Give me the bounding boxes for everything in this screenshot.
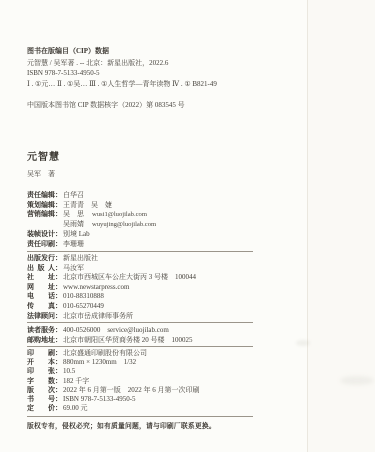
field-label: 邮购地址	[27, 336, 55, 346]
page-edge-line	[307, 0, 308, 452]
colon: ：	[55, 264, 62, 274]
field-label: 定价	[27, 404, 55, 413]
field-label: 传真	[27, 302, 55, 312]
colon: ：	[55, 395, 62, 404]
colon: ：	[55, 349, 62, 358]
divider-line	[27, 346, 253, 347]
table-row: 法律顾问：北京市岳成律师事务所	[27, 312, 267, 322]
field-value: 王青青 吴 婕	[63, 201, 112, 211]
field-label: 版次	[27, 386, 55, 395]
field-value: ISBN 978-7-5133-4950-5	[63, 395, 136, 404]
staff-block: 责任编辑：白华召 策划编辑：王青青 吴 婕 营销编辑：吴 思wusi1@luoj…	[27, 191, 267, 249]
table-row: 传真：010-65270449	[27, 302, 267, 312]
table-row: 社址：北京市西城区车公庄大街丙 3 号楼 100044	[27, 273, 267, 283]
table-row: 读者服务：400-0526000 service@luojilab.com	[27, 326, 267, 336]
colon: ：	[55, 283, 62, 293]
field-label: 策划编辑	[27, 201, 55, 211]
field-label: 字数	[27, 377, 55, 386]
table-row: 书号：ISBN 978-7-5133-4950-5	[27, 395, 267, 404]
field-value: www.newstarpress.com	[63, 283, 129, 293]
field-value: 李珊珊	[63, 240, 84, 250]
field-label: 营销编辑	[27, 210, 55, 220]
field-value: 010-88310888	[63, 292, 104, 302]
divider-line	[27, 322, 253, 323]
cip-registry-number: 中国版本图书馆 CIP 数据核字（2022）第 083545 号	[27, 100, 297, 110]
table-row: 策划编辑：王青青 吴 婕	[27, 201, 267, 211]
table-row: 责任印刷：李珊珊	[27, 240, 267, 250]
colon: ：	[55, 201, 62, 211]
field-value: 北京市西城区车公庄大街丙 3 号楼 100044	[63, 273, 196, 283]
reader-service-block: 读者服务：400-0526000 service@luojilab.com 邮购…	[27, 326, 267, 345]
field-value: 马汝军	[63, 264, 84, 274]
table-row: 版次：2022 年 6 月第一版 2022 年 6 月第一次印刷	[27, 386, 267, 395]
table-row: 电话：010-88310888	[27, 292, 267, 302]
table-row: 装帧设计：别境 Lab	[27, 230, 267, 240]
email-text: wuyujing@luojilab.com	[92, 220, 156, 230]
divider-line	[27, 416, 253, 417]
field-label: 读者服务	[27, 326, 55, 336]
publisher-block: 出版发行：新星出版社 出版人：马汝军 社址：北京市西城区车公庄大街丙 3 号楼 …	[27, 254, 267, 321]
field-label: 印张	[27, 367, 55, 376]
colon: ：	[55, 367, 62, 376]
colon: ：	[55, 336, 62, 346]
table-row: 印张：10.5	[27, 367, 267, 376]
colon: ：	[55, 312, 62, 322]
colon: ：	[55, 358, 62, 367]
field-label: 责任印刷	[27, 240, 55, 250]
table-row: 营销编辑：吴 思wusi1@luojilab.com	[27, 210, 267, 220]
field-value: 010-65270449	[63, 302, 104, 312]
cip-data-block: 图书在版编目（CIP）数据 元智慧 / 吴军著 . -- 北京：新星出版社，20…	[27, 46, 297, 111]
table-row: 出版发行：新星出版社	[27, 254, 267, 264]
printing-block: 印刷：北京盛通印刷股份有限公司 开本：880mm × 1230mm 1/32 印…	[27, 349, 267, 413]
colon: ：	[55, 254, 62, 264]
colon: ：	[55, 292, 62, 302]
cip-classification: Ⅰ . ①元… Ⅱ . ①吴… Ⅲ . ①人生哲学—青年读物 Ⅳ . ① B82…	[27, 79, 297, 89]
colon: ：	[55, 230, 62, 240]
book-header: 元智慧 吴军 著	[27, 152, 227, 179]
field-value: 69.00 元	[63, 404, 88, 413]
field-value: 吴雨婧	[63, 220, 84, 230]
colon: ：	[55, 302, 62, 312]
scan-smudge	[296, 340, 310, 346]
table-row: 网址：www.newstarpress.com	[27, 283, 267, 293]
email-text: wusi1@luojilab.com	[92, 210, 147, 220]
field-value: 880mm × 1230mm 1/32	[63, 358, 136, 367]
colon: ：	[55, 404, 62, 413]
colon: ：	[55, 377, 62, 386]
field-value: 2022 年 6 月第一版 2022 年 6 月第一次印刷	[63, 386, 200, 395]
table-row: ：吴雨婧wuyujing@luojilab.com	[27, 220, 267, 230]
colon: ：	[55, 191, 62, 201]
cip-isbn: ISBN 978-7-5133-4950-5	[27, 68, 297, 78]
table-row: 邮购地址：北京市朝阳区华贸商务楼 20 号楼 100025	[27, 336, 267, 346]
field-label: 出版发行	[27, 254, 55, 264]
colon: ：	[55, 240, 62, 250]
divider-line	[27, 251, 253, 252]
field-value: 北京市岳成律师事务所	[63, 312, 133, 322]
table-row: 字数：182 千字	[27, 377, 267, 386]
table-row: 印刷：北京盛通印刷股份有限公司	[27, 349, 267, 358]
field-value: 白华召	[63, 191, 84, 201]
field-value: 新星出版社	[63, 254, 98, 264]
field-value: 别境 Lab	[63, 230, 90, 240]
cip-title: 图书在版编目（CIP）数据	[27, 46, 297, 57]
cip-line: 元智慧 / 吴军著 . -- 北京：新星出版社，2022.6	[27, 58, 297, 68]
table-row: 责任编辑：白华召	[27, 191, 267, 201]
field-label: 电话	[27, 292, 55, 302]
field-value: 182 千字	[63, 377, 89, 386]
field-label: 法律顾问	[27, 312, 55, 322]
colon: ：	[55, 210, 62, 220]
field-value: 10.5	[63, 367, 75, 376]
book-title: 元智慧	[27, 152, 227, 164]
field-value: 400-0526000 service@luojilab.com	[63, 326, 169, 336]
field-label: 书号	[27, 395, 55, 404]
field-label: 装帧设计	[27, 230, 55, 240]
field-value: 吴 思	[63, 210, 84, 220]
table-row: 定价：69.00 元	[27, 404, 267, 413]
colon: ：	[55, 326, 62, 336]
colon: ：	[55, 386, 62, 395]
field-value: 北京盛通印刷股份有限公司	[63, 349, 147, 358]
field-label: 网址	[27, 283, 55, 293]
table-row: 开本：880mm × 1230mm 1/32	[27, 358, 267, 367]
field-label: 出版人	[27, 264, 55, 274]
colon: ：	[55, 273, 62, 283]
field-label: 责任编辑	[27, 191, 55, 201]
book-author: 吴军 著	[27, 169, 227, 179]
field-label: 社址	[27, 273, 55, 283]
field-label: 印刷	[27, 349, 55, 358]
copyright-notice: 版权专有，侵权必究；如有质量问题，请与印刷厂联系更换。	[27, 420, 216, 430]
field-value: 北京市朝阳区华贸商务楼 20 号楼 100025	[63, 336, 193, 346]
table-row: 出版人：马汝军	[27, 264, 267, 274]
scan-smudge	[340, 376, 374, 385]
